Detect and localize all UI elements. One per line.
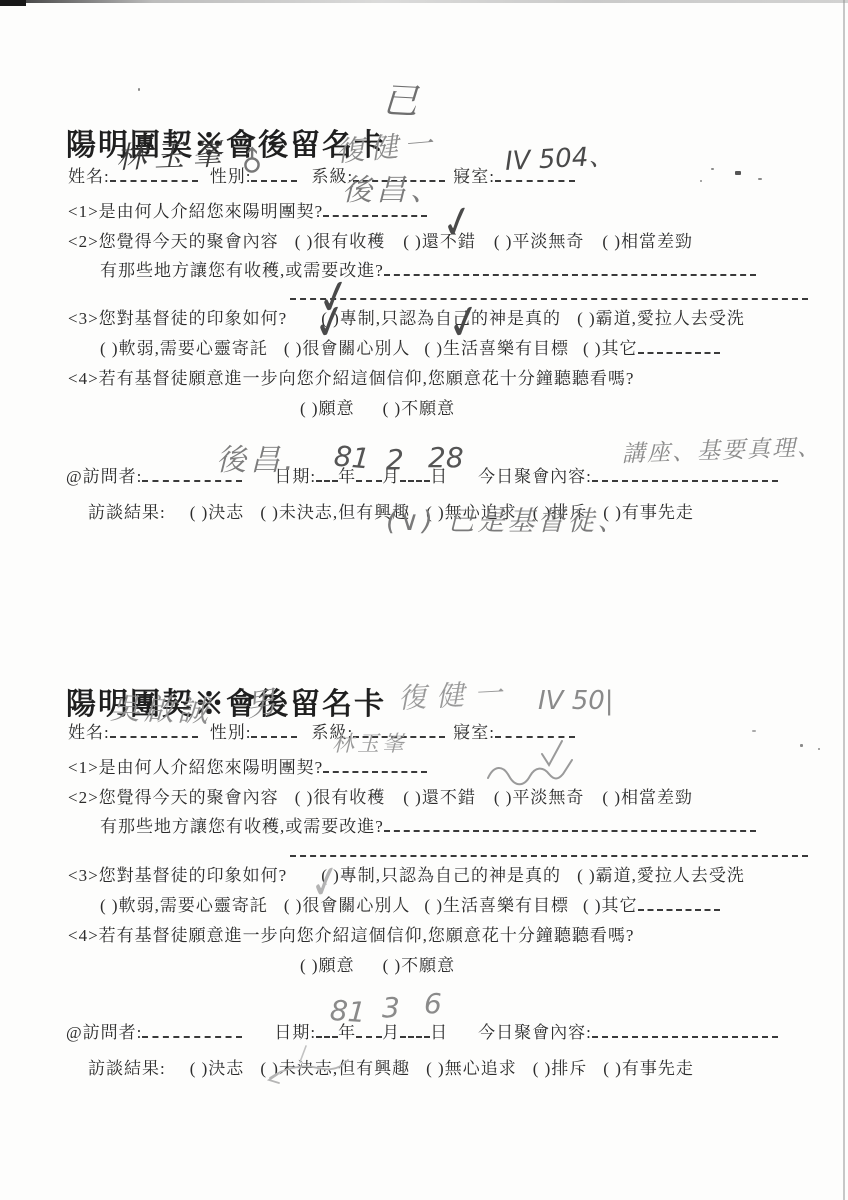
handwritten-dept: 復健一 [397,679,512,713]
handwritten-q1-answer: 林玉峯 [332,734,407,756]
question-2-followup-row: 有那些地方讓您有收穫,或需要改進? [100,256,756,281]
topic-blank [592,1021,778,1038]
question-4-options-row: ( )願意 ( )不願意 [300,394,455,419]
result-option-4: ( )有事先走 [603,1054,694,1079]
date-day-blank [400,1021,430,1038]
question-4-row: <4>若有基督徒願意進一步向您介紹這個信仰,您願意花十分鐘聽聽看嗎? [68,364,634,389]
q2-option-3: ( )相當差勁 [602,783,693,808]
result-option-0: ( )決志 [190,1054,245,1079]
result-row: 訪談結果: ( )決志 ( )未決志,但有興趣 ( )無心追求 ( )排斥 ( … [88,1054,694,1079]
handwritten-date-month: 2 [386,446,404,474]
q3-label: <3>您對基督徒的印象如何? [68,861,287,886]
q3-option-5: ( )其它 [583,891,638,916]
handwritten-result-note: (∨) 已是基督徒、 [386,508,627,535]
q3-option-3: ( )很會關心別人 [284,891,411,916]
q4-option-0: ( )願意 [300,951,355,976]
scan-edge-right [843,0,845,1200]
scan-speck [735,171,741,175]
q3-option-2: ( )軟弱,需要心靈寄託 [100,334,268,359]
handwritten-topic: 講座、基要真理、 [622,437,823,467]
question-2-row: <2>您覺得今天的聚會內容 ( )很有收穫 ( )還不錯 ( )平淡無奇 ( )… [68,227,693,252]
interviewer-label: @訪問者: [66,1018,142,1043]
handwritten-date-year: 81 [329,997,367,1027]
question-4-row: <4>若有基督徒願意進一步向您介紹這個信仰,您願意花十分鐘聽聽看嗎? [68,921,634,946]
handwritten-room: IV 50| [538,688,614,714]
scan-speck [800,744,803,747]
handwritten-gender: 男 [244,688,279,723]
q2-option-3: ( )相當差勁 [602,227,693,252]
topic-label: 今日聚會內容: [478,1018,592,1043]
scan-speck [758,178,762,180]
q3-option-0: ( )專制,只認為自己的神是真的 [321,861,561,886]
interviewer-row: @訪問者: 日期: 年 月 日 今日聚會內容: [66,1018,778,1043]
q2-followup-blank [384,259,756,276]
date-day-blank [400,465,430,482]
topic-label: 今日聚會內容: [478,462,592,487]
day-suffix: 日 [430,1018,448,1043]
interviewer-blank [142,1021,242,1038]
question-3-row2: ( )軟弱,需要心靈寄託 ( )很會關心別人 ( )生活喜樂有目標 ( )其它 [100,891,720,916]
result-option-2: ( )無心追求 [426,1054,517,1079]
name-label: 姓名: [68,718,110,743]
pencil-squiggle-q2 [486,736,606,798]
scan-speck [138,88,140,91]
question-3-row2: ( )軟弱,需要心靈寄託 ( )很會關心別人 ( )生活喜樂有目標 ( )其它 [100,334,720,359]
question-2-followup-row: 有那些地方讓您有收穫,或需要改進? [100,812,756,837]
room-label: 寢室: [453,162,495,187]
interviewer-label: @訪問者: [66,462,142,487]
result-label: 訪談結果: [88,1054,166,1079]
q3-label: <3>您對基督徒的印象如何? [68,304,287,329]
answer-dash-line [290,298,808,300]
q3-option-4: ( )生活喜樂有目標 [424,334,569,359]
handwritten-dept: 復健一 [335,130,439,167]
q2-option-0: ( )很有收穫 [295,783,386,808]
handwritten-q1-answer: 後昌、 [342,176,444,206]
handwritten-date-month: 3 [382,994,400,1022]
handwritten-note-above-title: 已 [381,83,419,121]
scan-edge-top [0,0,848,3]
handwritten-name: 林玉峯 [116,140,231,174]
handwritten-date-year: 81 [333,443,371,474]
q3-option-2: ( )軟弱,需要心靈寄託 [100,891,268,916]
q4-option-0: ( )願意 [300,394,355,419]
handwritten-date-day: 28 [428,444,464,472]
gender-blank [251,721,297,738]
result-option-3: ( )排斥 [533,1054,588,1079]
handwritten-name: 吳啟誠 [110,694,213,728]
scan-edge-top-left [0,0,26,6]
scan-speck [752,730,756,732]
q3-other-blank [638,337,720,354]
q4-option-1: ( )不願意 [383,951,456,976]
q3-option-1: ( )霸道,愛拉人去受洗 [577,861,745,886]
topic-blank [592,465,778,482]
checkmark-q3-joyful-life: ✓ [445,296,484,349]
q3-option-4: ( )生活喜樂有目標 [424,891,569,916]
scan-speck [818,748,820,750]
checkmark-q2-not-bad: ✓ [439,197,476,247]
q2-followup-blank [384,815,756,832]
question-3-row: <3>您對基督徒的印象如何? ( )專制,只認為自己的神是真的 ( )霸道,愛拉… [68,861,745,886]
q2-option-1: ( )還不錯 [403,783,476,808]
handwritten-interviewer: 後昌. [216,446,298,476]
q4-option-1: ( )不願意 [383,394,456,419]
pencil-squiggle-result [264,1056,356,1088]
q2-option-2: ( )平淡無奇 [494,227,585,252]
question-4-options-row: ( )願意 ( )不願意 [300,951,455,976]
q2-label: <2>您覺得今天的聚會內容 [68,227,279,252]
q1-blank [323,756,427,773]
gender-label: 性別: [210,718,252,743]
scanned-sheet: 陽明團契※會後留名卡 姓名: 性別: 系級: 寢室: <1>是由何人介紹您來陽明… [0,0,848,1200]
q2-label: <2>您覺得今天的聚會內容 [68,783,279,808]
scan-speck [711,168,714,170]
q1-label: <1>是由何人介紹您來陽明團契? [68,197,323,222]
checkmark-q3-caring: ✓ [311,296,350,349]
name-label: 姓名: [68,162,110,187]
answer-dash-line [290,855,808,857]
q3-option-5: ( )其它 [583,334,638,359]
question-3-row: <3>您對基督徒的印象如何? ( )專制,只認為自己的神是真的 ( )霸道,愛拉… [68,304,745,329]
handwritten-room: IV 504、 [504,143,615,175]
q2-option-0: ( )很有收穫 [295,227,386,252]
q3-option-0: ( )專制,只認為自己的神是真的 [321,304,561,329]
handwritten-date-day: 6 [424,990,442,1018]
q2-followup-label: 有那些地方讓您有收穫,或需要改進? [100,812,384,837]
q3-other-blank [638,894,720,911]
scan-speck [700,180,702,182]
result-label: 訪談結果: [88,498,166,523]
q1-label: <1>是由何人介紹您來陽明團契? [68,753,323,778]
date-label: 日期: [274,1018,316,1043]
checkmark-q3-caring-faint: ✓ [307,857,344,907]
q3-option-1: ( )霸道,愛拉人去受洗 [577,304,745,329]
result-option-0: ( )決志 [190,498,245,523]
